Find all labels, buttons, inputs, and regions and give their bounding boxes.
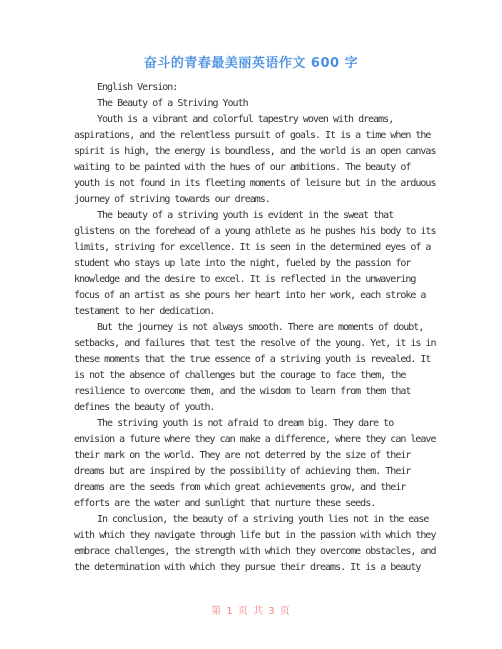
document-body: English Version: The Beauty of a Strivin… (74, 80, 446, 576)
page-footer: 第 1 页 共 3 页 (0, 604, 502, 620)
paragraph-dream-big: The striving youth is not afraid to drea… (74, 416, 446, 512)
paragraph-english-version-label: English Version: (74, 80, 446, 96)
document-page: 奋斗的青春最美丽英语作文 600 字 English Version: The … (0, 0, 502, 649)
page-number-label: 第 1 页 共 3 页 (211, 606, 291, 617)
paragraph-evidence: The beauty of a striving youth is eviden… (74, 208, 446, 320)
document-title: 奋斗的青春最美丽英语作文 600 字 (0, 55, 502, 73)
paragraph-journey: But the journey is not always smooth. Th… (74, 320, 446, 416)
paragraph-essay-heading: The Beauty of a Striving Youth (74, 96, 446, 112)
paragraph-intro: Youth is a vibrant and colorful tapestry… (74, 112, 446, 208)
paragraph-conclusion: In conclusion, the beauty of a striving … (74, 512, 446, 576)
